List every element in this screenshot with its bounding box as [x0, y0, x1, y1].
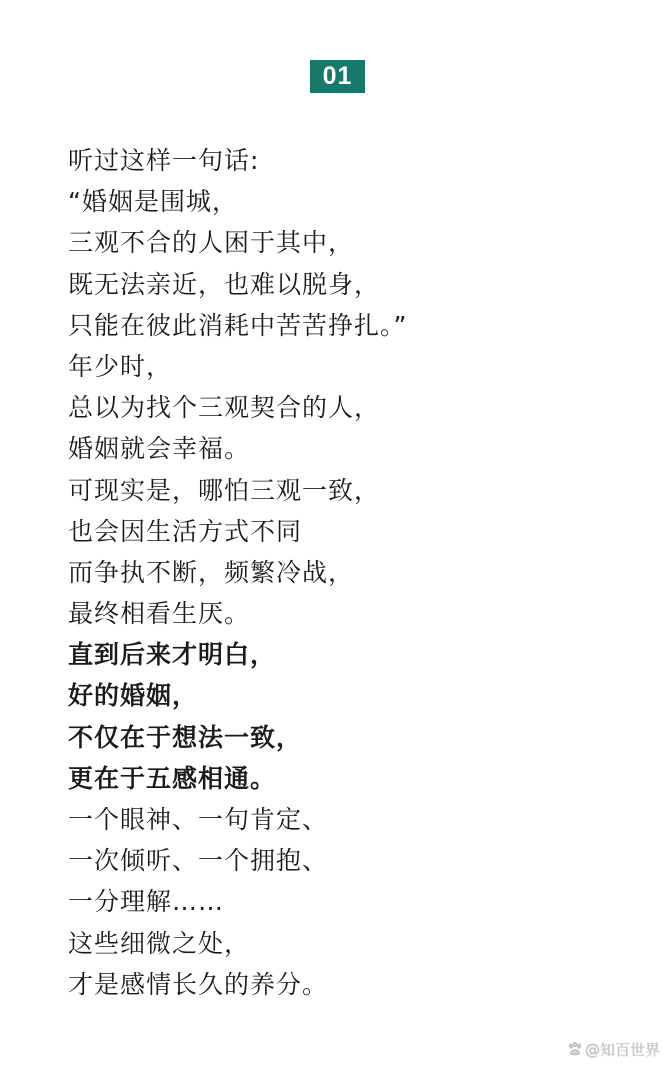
text-line: 这些细微之处，: [68, 923, 628, 964]
emphasis-line: 不仅在于想法一致，: [68, 717, 628, 758]
text-line: 只能在彼此消耗中苦苦挣扎。”: [68, 305, 628, 346]
text-line: 也会因生活方式不同: [68, 511, 628, 552]
watermark: @知百世界: [567, 1038, 660, 1060]
text-line: “婚姻是围城，: [68, 181, 628, 222]
text-line: 最终相看生厌。: [68, 593, 628, 634]
emphasis-line: 好的婚姻，: [68, 675, 628, 716]
text-line: 而争执不断，频繁冷战，: [68, 552, 628, 593]
section-number-badge: 01: [310, 60, 365, 93]
text-line: 一个眼神、一句肯定、: [68, 799, 628, 840]
text-line: 一次倾听、一个拥抱、: [68, 840, 628, 881]
text-line: 总以为找个三观契合的人，: [68, 387, 628, 428]
watermark-text: @知百世界: [585, 1039, 660, 1060]
text-line: 一分理解……: [68, 881, 628, 922]
text-line: 婚姻就会幸福。: [68, 428, 628, 469]
paw-icon: [567, 1041, 583, 1057]
emphasis-line: 直到后来才明白，: [68, 634, 628, 675]
text-line: 听过这样一句话:: [68, 140, 628, 181]
emphasis-line: 更在于五感相通。: [68, 758, 628, 799]
text-line: 可现实是，哪怕三观一致，: [68, 470, 628, 511]
article-body: 听过这样一句话: “婚姻是围城， 三观不合的人困于其中， 既无法亲近，也难以脱身…: [68, 140, 628, 1005]
text-line: 年少时，: [68, 346, 628, 387]
text-line: 三观不合的人困于其中，: [68, 222, 628, 263]
text-line: 既无法亲近，也难以脱身，: [68, 264, 628, 305]
text-line: 才是感情长久的养分。: [68, 964, 628, 1005]
